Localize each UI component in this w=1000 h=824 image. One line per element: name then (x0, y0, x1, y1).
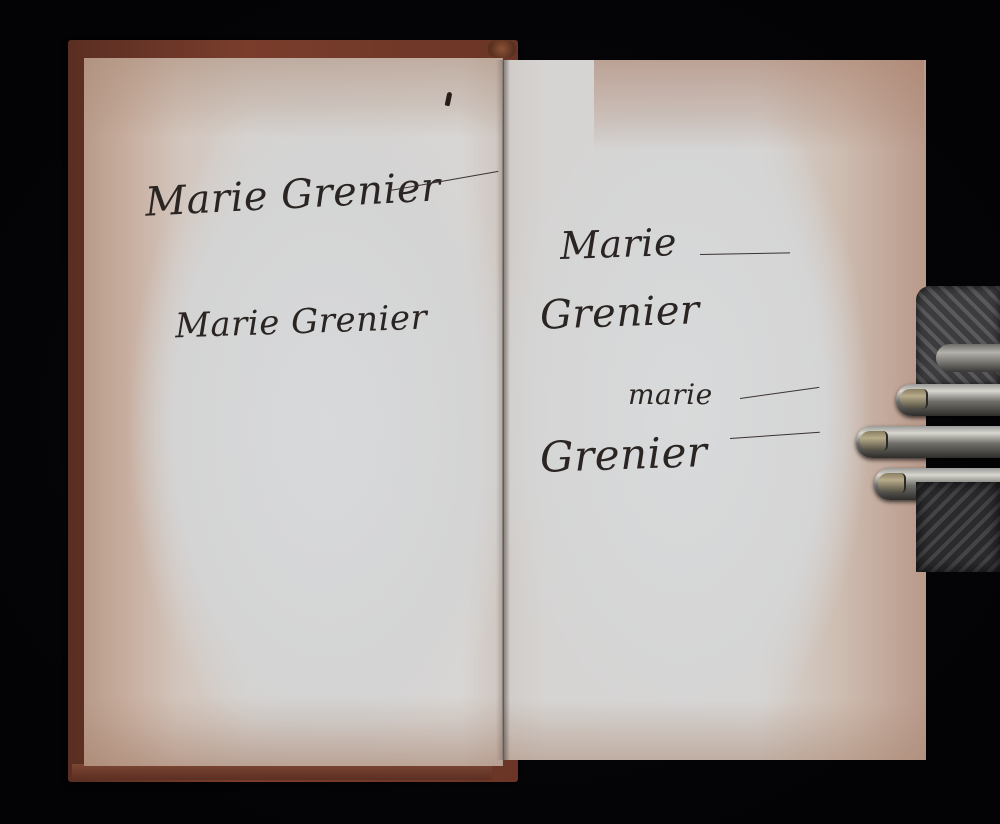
clasp-wrist (916, 482, 1000, 572)
foxing-stain-bottom (84, 696, 502, 766)
foxing-stain-top (594, 60, 924, 150)
foxing-stain-bottom (504, 700, 926, 760)
clasp-finger (896, 384, 1000, 416)
inscription-right-3: marie (628, 378, 713, 411)
inscription-right-4: Grenier (539, 427, 708, 482)
inscription-right-2: Grenier (539, 287, 700, 339)
foxing-stain-top (84, 58, 502, 138)
clasp-finger (856, 426, 1000, 458)
hand-clasp (856, 286, 1000, 572)
fingernail (900, 389, 928, 409)
inscription-right-1: Marie (559, 220, 677, 268)
fingernail (878, 473, 906, 493)
clasp-thumb (936, 344, 1000, 372)
fingernail (860, 431, 888, 451)
book-cover-bottom-edge (72, 764, 492, 780)
book-gutter (496, 60, 510, 760)
photo-scene: Marie Grenier Marie Grenier Marie Grenie… (0, 0, 1000, 824)
left-page (84, 58, 503, 766)
book-cover-worn-corner (488, 40, 516, 58)
